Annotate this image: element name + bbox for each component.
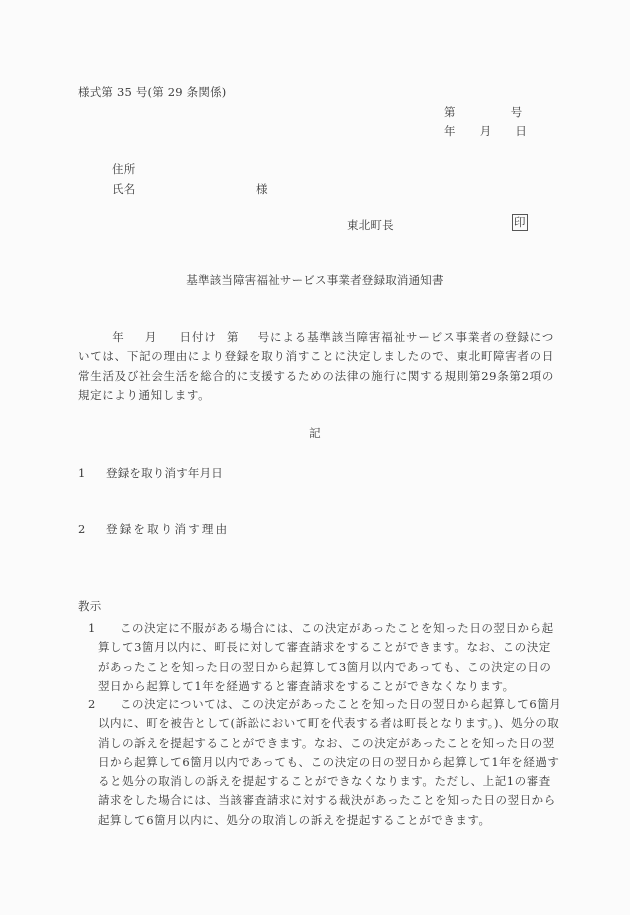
issue-date-year: 年	[444, 124, 456, 138]
issue-date: 年月日	[444, 123, 527, 139]
reference-number: 第号	[444, 104, 522, 120]
form-number: 様式第 35 号(第 29 条関係)	[78, 84, 226, 100]
body-year: 年	[112, 330, 125, 344]
item-label: 登録を取り消す理由	[106, 522, 229, 536]
body-paragraph: 年月日付け第号による基準該当障害福祉サービス事業者の登録については、下記の理由に…	[78, 328, 554, 405]
item-revocation-date: 1登録を取り消す年月日	[78, 465, 223, 481]
recipient-honorific: 様	[256, 181, 268, 197]
instructions-heading: 教示	[78, 598, 101, 614]
issue-date-month: 月	[480, 124, 492, 138]
instruction-text: この決定に不服がある場合には、この決定があったことを知った日の翌日から起算して3…	[98, 621, 554, 693]
instruction-text: この決定については、この決定があったことを知った日の翌日から起算して6箇月以内に…	[98, 697, 561, 827]
issue-date-day: 日	[515, 124, 527, 138]
item-label: 登録を取り消す年月日	[106, 466, 223, 480]
ki-heading: 記	[0, 425, 630, 441]
instruction-item: 1 この決定に不服がある場合には、この決定があったことを知った日の翌日から起算し…	[98, 619, 562, 696]
reference-number-suffix: 号	[511, 105, 523, 119]
instruction-item: 2 この決定については、この決定があったことを知った日の翌日から起算して6箇月以…	[98, 695, 562, 830]
instruction-number: 1	[88, 619, 96, 638]
item-number: 1	[78, 466, 106, 480]
body-dated: 日付け	[179, 330, 216, 344]
document-title: 基準該当障害福祉サービス事業者登録取消通知書	[0, 272, 630, 288]
reference-number-prefix: 第	[444, 105, 456, 119]
instruction-number: 2	[88, 695, 96, 714]
body-no-prefix: 第	[227, 330, 240, 344]
body-month: 月	[145, 330, 158, 344]
recipient-name-label: 氏名	[112, 181, 135, 197]
item-number: 2	[78, 522, 106, 536]
recipient-address-label: 住所	[112, 161, 135, 177]
seal-icon: 印	[512, 214, 528, 231]
item-revocation-reason: 2登録を取り消す理由	[78, 521, 229, 537]
issuer-title: 東北町長	[347, 217, 394, 233]
